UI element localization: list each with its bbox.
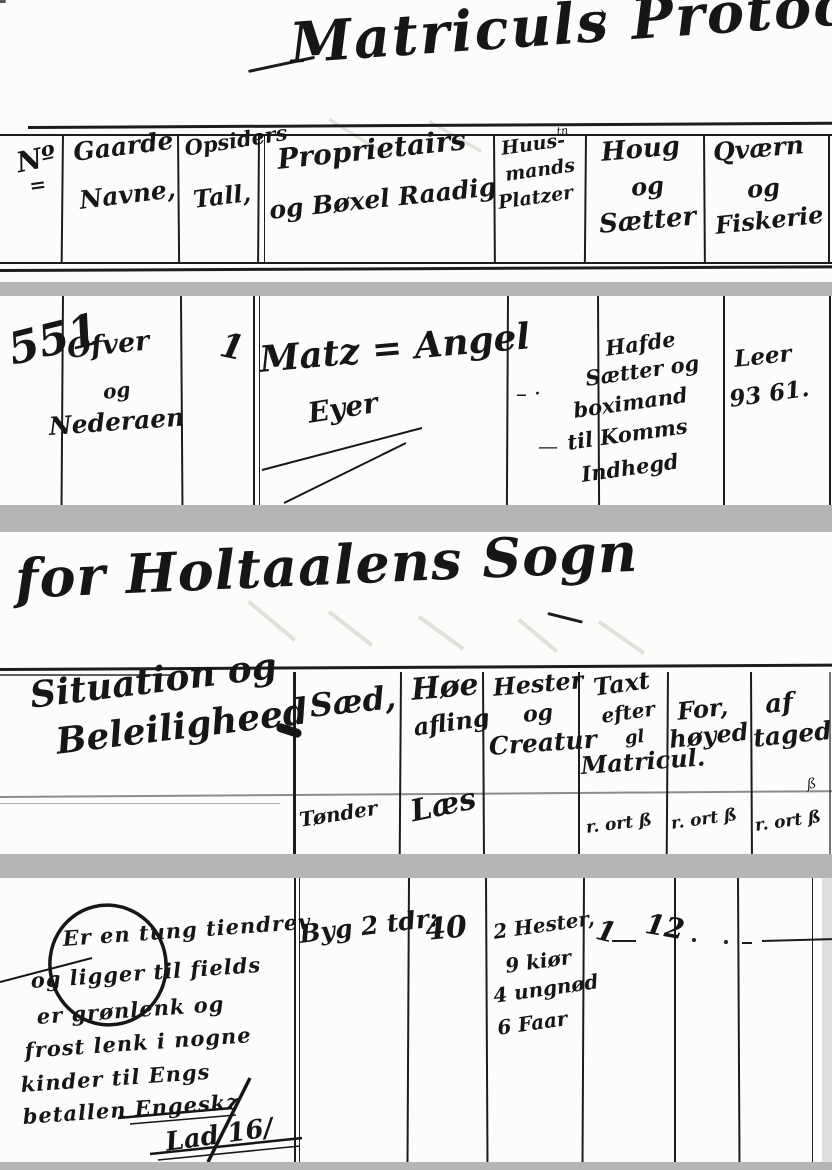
table2-row-divider — [485, 878, 488, 1162]
scan-separator-bar — [0, 854, 832, 878]
table1-col-divider — [177, 134, 180, 264]
parish-title-swash — [547, 612, 583, 624]
scan-separator-bar — [0, 1162, 832, 1170]
table2-header-hester-line2: og — [522, 701, 554, 726]
table2-header-taxt-line2: efter — [600, 699, 656, 726]
table1-row-divider — [723, 296, 725, 505]
table1-header-proprietairs-line2: og Bøxel Raadig — [268, 174, 497, 223]
row-qvaern-line2: 93 61. — [728, 377, 810, 411]
situation-text-line5: kinder til Engs — [20, 1061, 211, 1095]
table2-header-hoe-line1: Høe — [410, 670, 480, 706]
scan-edge-mark — [0, 0, 5, 3]
row-taxt-value-2: 12 — [643, 910, 686, 944]
table2-right-edge — [829, 672, 831, 854]
table1-col-divider — [257, 134, 260, 264]
table1-header-huusmands-line3: Platzer — [497, 183, 574, 212]
ink-bleed-ghost — [418, 615, 465, 651]
table2-unit-aftaged-super: ß — [806, 777, 817, 792]
table2-row-divider — [737, 878, 740, 1162]
table1-row-right-edge — [829, 296, 831, 505]
row-forhoyed-dot — [724, 940, 728, 944]
table2-col-divider — [399, 672, 402, 854]
row-farm-name-line3: Nederaen — [48, 405, 185, 439]
ink-bleed-ghost — [598, 620, 645, 655]
table1-header-houg-line2: og — [630, 173, 665, 200]
table1-header-qvaern-line2: og — [746, 175, 781, 202]
table2-row-divider — [812, 878, 813, 1162]
table2-header-hoe-line2: afling — [412, 705, 491, 739]
situation-text-line4: frost lenk i nogne — [24, 1024, 252, 1061]
scan-separator-bar — [0, 282, 832, 296]
table2-col-divider — [750, 672, 753, 854]
situation-text-line7: Lad 16/ — [164, 1115, 275, 1156]
table1-bottom-rule-2 — [0, 265, 832, 272]
row-forhoyed-dot — [692, 938, 696, 942]
table1-col-divider — [703, 134, 706, 264]
row-taxt-value-1: 1 — [593, 916, 619, 948]
table1-header-qvaern-line3: Fiskerie — [714, 203, 825, 238]
table1-row-divider — [180, 296, 183, 505]
row-farm-name-line2: og — [102, 379, 131, 402]
table1-header-opsiders-line2: Tall, — [192, 181, 252, 212]
row-hester-line2: 9 kiør — [504, 947, 572, 976]
row-houg-line5: Indhegd — [580, 450, 680, 484]
row-saed-value: Byg 2 tdr: — [298, 905, 439, 947]
table2-unit-saed: Tønder — [298, 798, 379, 830]
table1-header-houg-line3: Sætter — [598, 204, 697, 238]
row-aftaged-dash — [742, 942, 752, 944]
table2-header-aftaged-line1: af — [764, 690, 794, 718]
table2-unit-aftaged: r. ort ß — [754, 809, 822, 835]
row-taxt-dash — [612, 940, 636, 942]
row-hoe-afling-value: 40 — [424, 912, 468, 946]
matriculs-protocol-scan: Matriculs Protocol Nº = Gaarde Navne, Op… — [0, 0, 832, 1170]
table1-header-gaarde-line2: Navne, — [78, 176, 177, 213]
table2-header-hester-line1: Hester — [492, 668, 584, 700]
ink-bleed-ghost — [328, 610, 374, 647]
table2-unit-taxt: r. ort ß — [585, 812, 653, 837]
scan-separator-bar — [0, 505, 832, 532]
situation-text-line3: er grønlenk og — [36, 993, 225, 1027]
row-qvaern-line1: Leer — [733, 342, 793, 371]
table1-bottom-rule — [0, 262, 832, 264]
situation-text-line2: og ligger til fields — [30, 954, 262, 991]
table2-header-forhoyed-line2: høyed — [668, 720, 750, 752]
table2-units-rule-2 — [0, 803, 280, 804]
table2-col-divider — [482, 672, 485, 854]
row-hester-line1: 2 Hester, — [492, 908, 596, 942]
table2-header-taxt-line1: Taxt — [592, 668, 651, 700]
table2-header-saed: Sæd, — [308, 681, 397, 722]
table1-row-divider — [259, 296, 260, 505]
table2-header-taxt-line3: gl — [624, 728, 645, 748]
row-huusmands-marks: – · — [516, 384, 541, 406]
table1-header-no-eq: = — [28, 174, 47, 196]
table1-header-huusmands-line2: mands — [504, 156, 576, 185]
situation-text-line1: Er en tung tiendrev — [62, 911, 312, 949]
table2-unit-forhoyed: r. ort ß — [670, 807, 738, 833]
page-title: Matriculs Protocol — [288, 0, 832, 72]
parish-section-title: for Holtaalens Sogn — [14, 525, 639, 606]
table1-col-divider — [584, 134, 587, 264]
row-proprietair-name: Matz = Angel — [258, 318, 531, 378]
ink-bleed-ghost — [517, 618, 558, 653]
table1-row-divider — [253, 296, 255, 505]
row-hester-line4: 6 Faar — [496, 1008, 569, 1038]
row-proprietair-note: Eyer — [306, 389, 380, 428]
table1-col-divider — [264, 134, 265, 264]
row-opsiders-count: 1 — [217, 328, 247, 366]
scan-right-edge-band — [822, 878, 832, 1162]
table1-col-divider — [61, 134, 64, 264]
table1-header-houg-line1: Houg — [600, 133, 681, 166]
ink-bleed-ghost — [247, 600, 296, 642]
table2-header-aftaged-line2: taged, — [752, 717, 832, 751]
row-houg-dash: — — [538, 436, 558, 456]
row-farm-name-line1: Ofver — [66, 327, 151, 362]
table2-unit-hoe: Læs — [408, 784, 479, 827]
table1-right-edge — [828, 134, 830, 264]
table1-header-qvaern-line1: Qværn — [712, 132, 805, 165]
